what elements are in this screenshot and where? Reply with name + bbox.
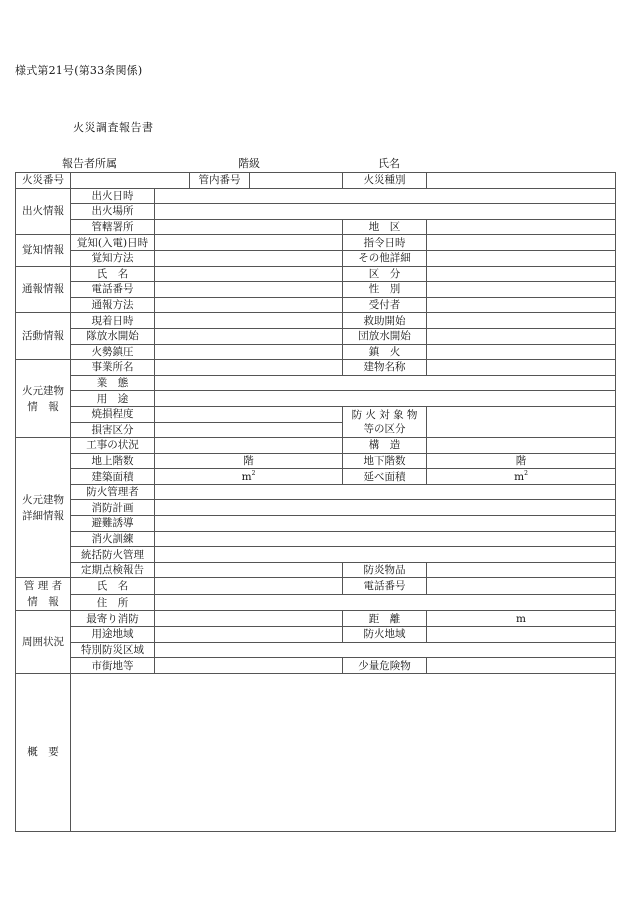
row-right-label: 地下階数 — [343, 453, 427, 469]
row-value — [155, 578, 343, 595]
row-label: 氏 名 — [71, 266, 155, 282]
row-label: 定期点検報告 — [71, 562, 155, 578]
row-right-label: 受付者 — [343, 297, 427, 313]
row-label: 統括防火管理 — [71, 547, 155, 563]
table-row: 通報方法 受付者 — [16, 297, 616, 313]
fire-type-value — [427, 173, 616, 189]
table-row: 隊放水開始 団放水開始 — [16, 328, 616, 344]
unit-text: m — [242, 471, 252, 483]
row-right-label: 防火地域 — [343, 627, 427, 643]
reporter-rank-label: 階級 — [238, 155, 260, 171]
row-value — [155, 611, 343, 627]
table-row: 管 理 者 情 報 氏 名 電話番号 — [16, 578, 616, 595]
row-right-label: 性 別 — [343, 282, 427, 298]
row-right-label: 救助開始 — [343, 313, 427, 329]
section-outbreak: 出火情報 — [16, 188, 71, 235]
row-right-value — [427, 297, 616, 313]
row-value — [155, 627, 343, 643]
row-right-value-unit: m — [427, 611, 616, 627]
row-right-value — [427, 344, 616, 360]
row-right-value — [427, 266, 616, 282]
row-value — [155, 219, 343, 235]
row-value — [155, 204, 616, 220]
fire-number-value — [71, 173, 190, 189]
summary-value — [71, 673, 616, 831]
row-value-unit: 階 — [155, 453, 343, 469]
row-right-value — [427, 578, 616, 595]
table-row: 消防計画 — [16, 500, 616, 516]
section-activity: 活動情報 — [16, 313, 71, 360]
row-right-value — [427, 562, 616, 578]
table-row: 用途地域 防火地域 — [16, 627, 616, 643]
table-row: 火元建物 情 報 事業所名 建物名称 — [16, 360, 616, 376]
row-value — [155, 188, 616, 204]
row-right-value — [427, 282, 616, 298]
row-right-value — [427, 250, 616, 266]
row-value — [155, 531, 616, 547]
table-row: 防火管理者 — [16, 484, 616, 500]
reporter-affiliation-label: 報告者所属 — [62, 155, 117, 171]
row-right-value-unit: 階 — [427, 453, 616, 469]
row-label: 出火日時 — [71, 188, 155, 204]
row-right-value-unit: m2 — [427, 469, 616, 485]
row-label: 電話番号 — [71, 282, 155, 298]
row-value — [155, 642, 616, 658]
row-value — [155, 594, 616, 611]
section-detection: 覚知情報 — [16, 235, 71, 266]
row-label: 用途地域 — [71, 627, 155, 643]
row-right-label: 団放水開始 — [343, 328, 427, 344]
jurisdiction-number-label: 管内番号 — [190, 173, 250, 189]
section-report: 通報情報 — [16, 266, 71, 313]
section-line: 管 理 者 — [16, 578, 70, 594]
section-line: 火元建物 — [16, 492, 70, 508]
unit-superscript: 2 — [524, 470, 528, 477]
row-value — [155, 562, 343, 578]
table-row: 出火情報 出火日時 — [16, 188, 616, 204]
row-label: 特別防災区域 — [71, 642, 155, 658]
table-row: 覚知方法 その他詳細 — [16, 250, 616, 266]
row-value — [155, 391, 616, 407]
table-row: 建築面積 m2 延べ面積 m2 — [16, 469, 616, 485]
row-label: 損害区分 — [71, 422, 155, 438]
row-label: 火勢鎮圧 — [71, 344, 155, 360]
row-right-label: 指令日時 — [343, 235, 427, 251]
section-line: 情 報 — [16, 594, 70, 610]
row-value — [155, 297, 343, 313]
table-row: 用 途 — [16, 391, 616, 407]
table-row: 火元建物 詳細情報 工事の状況 構 造 — [16, 438, 616, 454]
table-row: 住 所 — [16, 594, 616, 611]
row-right-value — [427, 627, 616, 643]
label-line: 防 火 対 象 物 — [343, 408, 426, 422]
fire-investigation-form-table: 火災番号 管内番号 火災種別 出火情報 出火日時 出火場所 管轄署所 地 区 覚… — [15, 172, 616, 832]
row-label: 市街地等 — [71, 658, 155, 674]
table-row: 避難誘導 — [16, 516, 616, 532]
section-surroundings: 周囲状況 — [16, 611, 71, 673]
row-label: 住 所 — [71, 594, 155, 611]
table-row: 出火場所 — [16, 204, 616, 220]
row-value — [155, 344, 343, 360]
row-right-value — [427, 313, 616, 329]
row-value — [155, 282, 343, 298]
row-label: 工事の状況 — [71, 438, 155, 454]
row-value — [155, 250, 343, 266]
row-value — [155, 516, 616, 532]
row-label: 防火管理者 — [71, 484, 155, 500]
row-label: 最寄り消防 — [71, 611, 155, 627]
row-label: 消火訓練 — [71, 531, 155, 547]
unit-superscript: 2 — [252, 470, 256, 477]
form-number: 様式第21号(第33条関係) — [15, 62, 142, 78]
section-manager: 管 理 者 情 報 — [16, 578, 71, 611]
table-row: 電話番号 性 別 — [16, 282, 616, 298]
table-row: 活動情報 現着日時 救助開始 — [16, 313, 616, 329]
row-right-value — [427, 438, 616, 454]
table-row: 火勢鎮圧 鎮 火 — [16, 344, 616, 360]
label-line: 等の区分 — [343, 422, 426, 436]
row-right-label: 構 造 — [343, 438, 427, 454]
row-label: 建築面積 — [71, 469, 155, 485]
section-origin-building-detail: 火元建物 詳細情報 — [16, 438, 71, 578]
row-label: 地上階数 — [71, 453, 155, 469]
row-right-value — [427, 360, 616, 376]
row-label: 消防計画 — [71, 500, 155, 516]
row-value-unit: m2 — [155, 469, 343, 485]
row-label: 現着日時 — [71, 313, 155, 329]
row-value — [155, 658, 343, 674]
row-right-value — [427, 406, 616, 437]
row-label: 通報方法 — [71, 297, 155, 313]
row-value — [155, 406, 343, 422]
section-summary: 概 要 — [16, 673, 71, 831]
table-row: 焼損程度 防 火 対 象 物 等の区分 — [16, 406, 616, 422]
row-label: 業 態 — [71, 375, 155, 391]
row-label: 氏 名 — [71, 578, 155, 595]
row-right-label: 防炎物品 — [343, 562, 427, 578]
row-label: 避難誘導 — [71, 516, 155, 532]
row-label: 隊放水開始 — [71, 328, 155, 344]
row-right-label: 電話番号 — [343, 578, 427, 595]
row-value — [155, 360, 343, 376]
fire-number-row: 火災番号 管内番号 火災種別 — [16, 173, 616, 189]
row-label: 覚知(入電)日時 — [71, 235, 155, 251]
section-line: 情 報 — [16, 399, 70, 415]
row-label: 出火場所 — [71, 204, 155, 220]
fire-type-label: 火災種別 — [343, 173, 427, 189]
fire-number-label: 火災番号 — [16, 173, 71, 189]
row-label: 焼損程度 — [71, 406, 155, 422]
row-label: 管轄署所 — [71, 219, 155, 235]
table-row: 周囲状況 最寄り消防 距 離 m — [16, 611, 616, 627]
summary-row: 概 要 — [16, 673, 616, 831]
section-line: 詳細情報 — [16, 508, 70, 524]
row-value — [155, 547, 616, 563]
row-label: 事業所名 — [71, 360, 155, 376]
row-right-value — [427, 235, 616, 251]
row-value — [155, 375, 616, 391]
section-line: 火元建物 — [16, 383, 70, 399]
row-right-label: 防 火 対 象 物 等の区分 — [343, 406, 427, 437]
row-right-value — [427, 219, 616, 235]
table-row: 定期点検報告 防炎物品 — [16, 562, 616, 578]
reporter-name-label: 氏名 — [378, 155, 400, 171]
table-row: 管轄署所 地 区 — [16, 219, 616, 235]
row-label: 用 途 — [71, 391, 155, 407]
table-row: 消火訓練 — [16, 531, 616, 547]
table-row: 業 態 — [16, 375, 616, 391]
table-row: 覚知情報 覚知(入電)日時 指令日時 — [16, 235, 616, 251]
row-right-value — [427, 658, 616, 674]
document-title: 火災調査報告書 — [73, 119, 154, 135]
table-row: 統括防火管理 — [16, 547, 616, 563]
jurisdiction-number-value — [250, 173, 343, 189]
table-row: 特別防災区域 — [16, 642, 616, 658]
section-origin-building: 火元建物 情 報 — [16, 360, 71, 438]
row-right-label: 地 区 — [343, 219, 427, 235]
row-value — [155, 266, 343, 282]
table-row: 通報情報 氏 名 区 分 — [16, 266, 616, 282]
row-right-label: 距 離 — [343, 611, 427, 627]
row-value — [155, 500, 616, 516]
row-right-label: その他詳細 — [343, 250, 427, 266]
row-value — [155, 328, 343, 344]
row-right-label: 建物名称 — [343, 360, 427, 376]
row-right-label: 区 分 — [343, 266, 427, 282]
row-value — [155, 313, 343, 329]
unit-text: m — [514, 471, 524, 483]
row-value — [155, 484, 616, 500]
table-row: 市街地等 少量危険物 — [16, 658, 616, 674]
row-value — [155, 422, 343, 438]
row-right-label: 少量危険物 — [343, 658, 427, 674]
row-right-label: 鎮 火 — [343, 344, 427, 360]
row-value — [155, 438, 343, 454]
row-value — [155, 235, 343, 251]
table-row: 地上階数 階 地下階数 階 — [16, 453, 616, 469]
row-right-label: 延べ面積 — [343, 469, 427, 485]
row-right-value — [427, 328, 616, 344]
row-label: 覚知方法 — [71, 250, 155, 266]
